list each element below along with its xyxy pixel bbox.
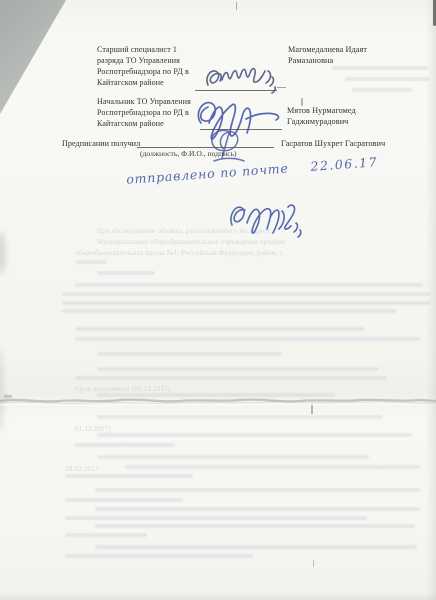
position-line: Начальник ТО Управления	[97, 97, 191, 108]
bleed-through-line: 28.02.2017	[65, 465, 117, 473]
scan-tick-mark	[301, 98, 303, 106]
position-line: Роспотребнадзора по РД в	[97, 67, 189, 78]
bleed-through-line: общеобразовательная школа №1, Российская…	[75, 249, 407, 257]
bleed-through-line	[75, 260, 107, 264]
bleed-through-line	[95, 507, 420, 511]
bleed-through-line	[125, 465, 420, 469]
bleed-through-line	[62, 292, 430, 296]
scan-dash-mark	[277, 87, 286, 88]
signature-recipient	[224, 194, 308, 240]
official-2-name: Мятов Нурмагомед Гаджимурадович	[287, 106, 356, 128]
bleed-through-line	[345, 77, 430, 81]
bleed-through-line	[65, 533, 147, 537]
bleed-through-line	[75, 283, 423, 287]
signature-official-2-descender	[204, 126, 252, 164]
bleed-through-line	[97, 367, 379, 371]
bleed-through-line	[65, 516, 367, 520]
receipt-signature-line	[137, 147, 274, 148]
bleed-through-line	[97, 455, 369, 459]
bleed-through-line	[75, 337, 420, 341]
page-edge-shadow-bottom	[0, 592, 436, 600]
bleed-through-line	[95, 545, 417, 549]
bleed-through-line	[75, 327, 365, 331]
signature-line-1	[195, 90, 277, 91]
bleed-through-line	[97, 415, 382, 419]
bleed-through-line	[65, 474, 193, 478]
bleed-through-line	[65, 498, 183, 502]
scanned-document-page: При обследовании объекта, расположенного…	[0, 0, 436, 600]
bleed-through-line	[352, 88, 412, 92]
bleed-through-line	[97, 433, 412, 437]
position-line: разряда ТО Управления	[97, 56, 189, 67]
scan-tick-mark	[313, 560, 314, 567]
name-line: Магомедалиева Идаят	[288, 45, 367, 56]
page-edge-shadow-right	[426, 0, 436, 600]
receipt-caption: (должность, Ф.И.О., подпись)	[140, 149, 237, 158]
bleed-through-line: Срок исполнения (01.12.2017)	[75, 385, 190, 393]
bleed-through-line	[75, 376, 387, 380]
name-line: Мятов Нурмагомед	[287, 106, 356, 117]
bleed-through-line	[62, 309, 397, 313]
official-1-name: Магомедалиева Идаят Рамазановна	[288, 45, 367, 67]
bleed-through-line	[62, 301, 430, 305]
official-2-position: Начальник ТО Управления Роспотребнадзора…	[97, 97, 191, 130]
position-line: Кайтагском районе	[97, 119, 191, 130]
bleed-through-line	[97, 271, 155, 275]
receipt-recipient-name: Гасратов Шухрет Гасратович	[281, 139, 385, 148]
bleed-through-line	[75, 443, 175, 447]
bleed-through-line	[95, 488, 420, 492]
bleed-through-line: 01.12.2017)	[75, 425, 127, 433]
bleed-through-line	[97, 352, 282, 356]
fold-crease	[0, 394, 436, 410]
position-line: Роспотребнадзора по РД в	[97, 108, 191, 119]
position-line: Старший специалист 1	[97, 45, 189, 56]
official-1-position: Старший специалист 1 разряда ТО Управлен…	[97, 45, 189, 89]
name-line: Гаджимурадович	[287, 117, 356, 128]
receipt-label: Предписании получил	[62, 139, 140, 148]
bleed-through-line	[95, 524, 415, 528]
name-line: Рамазановна	[288, 56, 367, 67]
bleed-through-line	[65, 554, 253, 558]
position-line: Кайтагском районе	[97, 78, 189, 89]
scan-tick-mark	[236, 2, 237, 10]
